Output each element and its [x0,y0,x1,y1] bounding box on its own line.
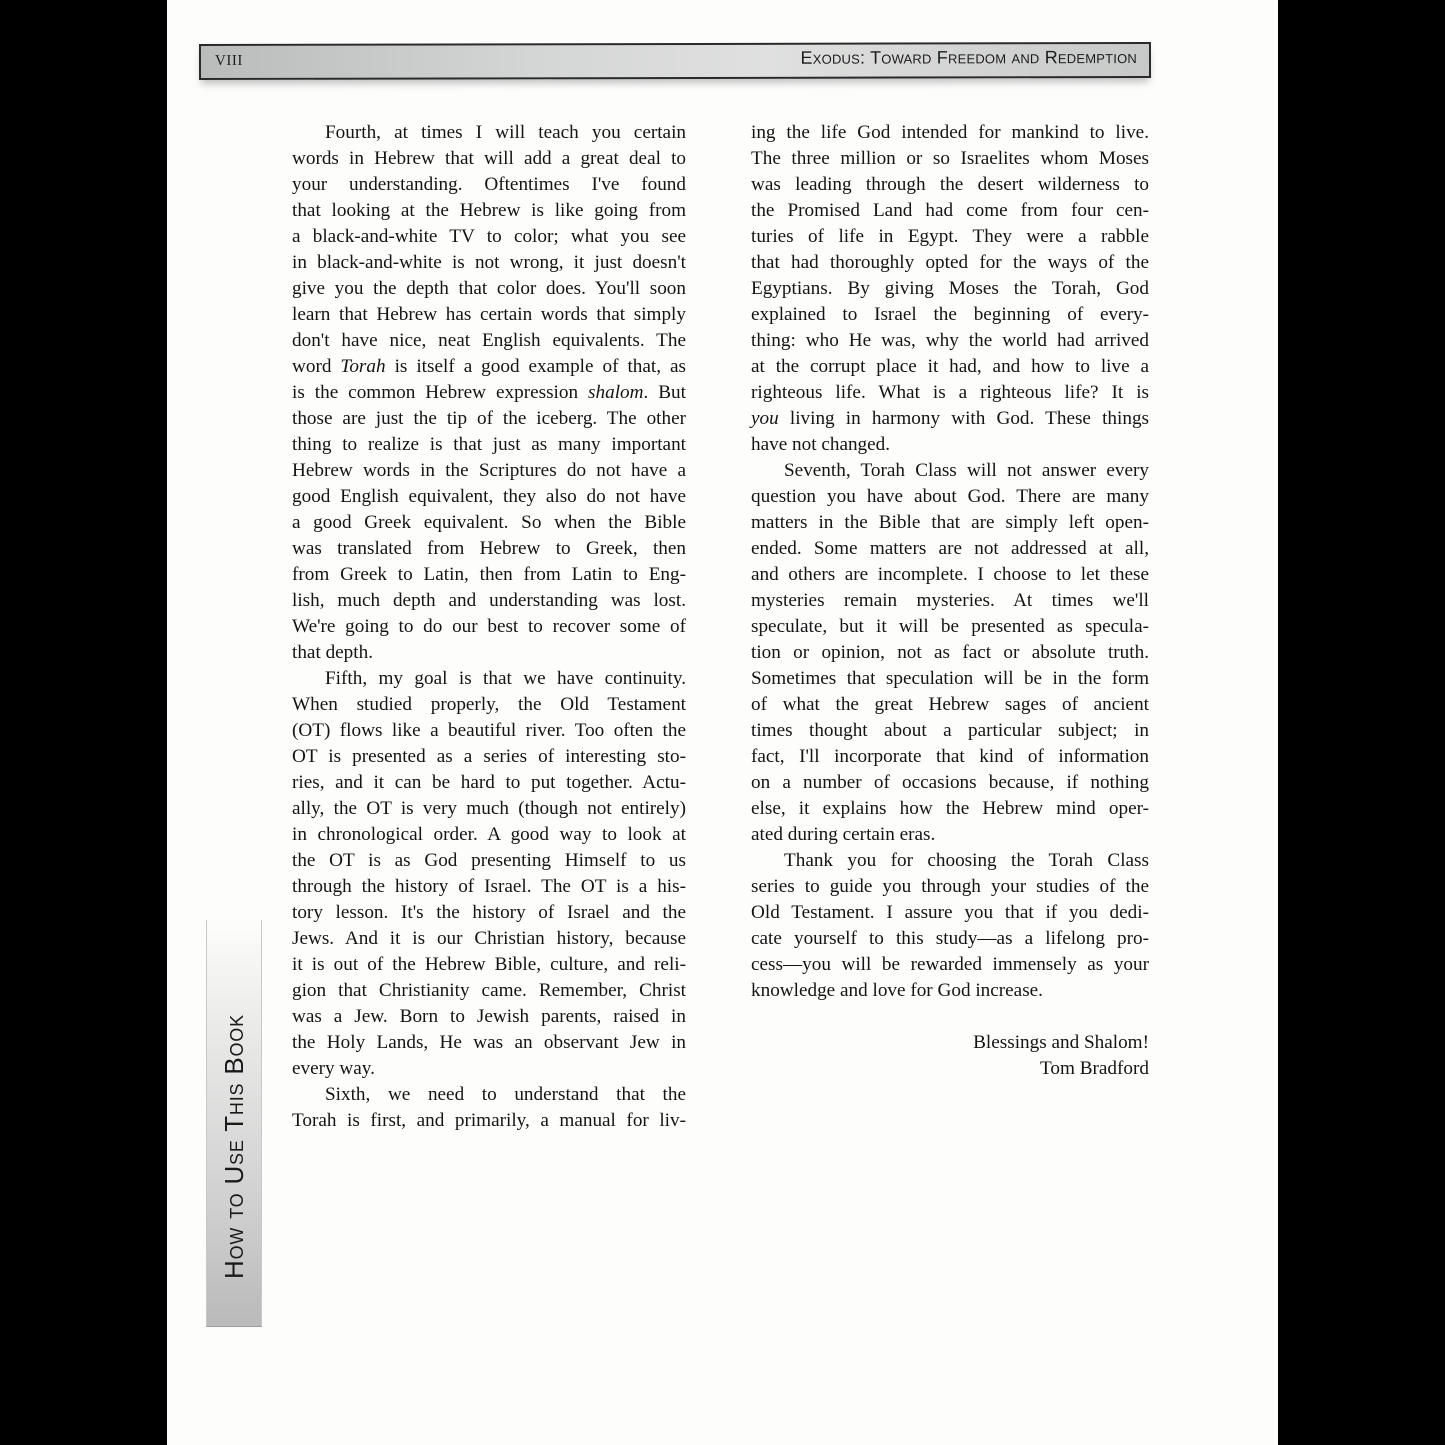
text-segment: . But [643,382,686,403]
text-line: your understanding. Oftentimes I've foun… [292,172,686,198]
text-line: thing to realize is that just as many im… [292,432,686,458]
text-line: mysteries remain mysteries. At times we'… [751,588,1149,614]
text-line: the Promised Land had come from four cen… [751,198,1149,224]
text-line: fact, I'll incorporate that kind of info… [751,744,1149,770]
text-line: Fourth, at times I will teach you certai… [292,120,686,146]
text-line: at the corrupt place it had, and how to … [751,354,1149,380]
text-line: gion that Christianity came. Remember, C… [292,978,686,1004]
text-line: don't have nice, neat English equivalent… [292,328,686,354]
text-line: the Holy Lands, He was an observant Jew … [292,1030,686,1056]
text-line: Jews. And it is our Christian history, b… [292,926,686,952]
text-segment: is the common Hebrew expression [292,382,588,403]
text-line: and others are incomplete. I choose to l… [751,562,1149,588]
text-line: every way. [292,1056,686,1082]
text-line: was translated from Hebrew to Greek, the… [292,536,686,562]
text-line: Egyptians. By giving Moses the Torah, Go… [751,276,1149,302]
text-line: Old Testament. I assure you that if you … [751,900,1149,926]
text-line: ries, and it can be hard to put together… [292,770,686,796]
text-line: cate yourself to this study—as a lifelon… [751,926,1149,952]
text-line: (OT) flows like a beautiful river. Too o… [292,718,686,744]
text-line: that looking at the Hebrew is like going… [292,198,686,224]
text-line: tory lesson. It's the history of Israel … [292,900,686,926]
book-page: VIII Exodus: Toward Freedom and Redempti… [167,0,1278,1445]
text-line: tion or opinion, not as fact or absolute… [751,640,1149,666]
text-line: a good Greek equivalent. So when the Bib… [292,510,686,536]
text-line: was a Jew. Born to Jewish parents, raise… [292,1004,686,1030]
text-segment: is itself a good example of that, as [386,356,686,377]
text-line: knowledge and love for God increase. [751,978,1149,1004]
section-side-tab: How to Use This Book [206,920,262,1327]
text-line: lish, much depth and understanding was l… [292,588,686,614]
text-line: on a number of occasions because, if not… [751,770,1149,796]
text-line: turies of life in Egypt. They were a rab… [751,224,1149,250]
text-line: in black-and-white is not wrong, it just… [292,250,686,276]
text-line: question you have about God. There are m… [751,484,1149,510]
text-segment: living in harmony with God. These things [779,408,1149,429]
page-number: VIII [215,53,243,70]
text-line: series to guide you through your studies… [751,874,1149,900]
text-line: was leading through the desert wildernes… [751,172,1149,198]
text-line: word Torah is itself a good example of t… [292,354,686,380]
text-line: words in Hebrew that will add a great de… [292,146,686,172]
section-tab-label: How to Use This Book [219,1014,250,1279]
text-line: ing the life God intended for mankind to… [751,120,1149,146]
text-line: through the history of Israel. The OT is… [292,874,686,900]
text-line: speculate, but it will be presented as s… [751,614,1149,640]
text-line: that had thoroughly opted for the ways o… [751,250,1149,276]
italic-term: Torah [340,356,385,377]
text-line: from Greek to Latin, then from Latin to … [292,562,686,588]
text-line: give you the depth that color does. You'… [292,276,686,302]
text-line: The three million or so Israelites whom … [751,146,1149,172]
running-header: VIII Exodus: Toward Freedom and Redempti… [199,42,1151,80]
text-line: ated during certain eras. [751,822,1149,848]
text-line: thing: who He was, why the world had arr… [751,328,1149,354]
text-line: Seventh, Torah Class will not answer eve… [751,458,1149,484]
text-line: those are just the tip of the iceberg. T… [292,406,686,432]
text-line: else, it explains how the Hebrew mind op… [751,796,1149,822]
text-line: have not changed. [751,432,1149,458]
text-line: ended. Some matters are not addressed at… [751,536,1149,562]
author-signature: Tom Bradford [751,1056,1149,1082]
text-line: We're going to do our best to recover so… [292,614,686,640]
text-line: is the common Hebrew expression shalom. … [292,380,686,406]
text-line: good English equivalent, they also do no… [292,484,686,510]
closing-salutation: Blessings and Shalom! [751,1030,1149,1056]
text-line: a black-and-white TV to color; what you … [292,224,686,250]
text-line: Thank you for choosing the Torah Class [751,848,1149,874]
right-text-column: ing the life God intended for mankind to… [751,120,1149,1082]
text-line: ally, the OT is very much (though not en… [292,796,686,822]
text-line: it is out of the Hebrew Bible, culture, … [292,952,686,978]
text-line: explained to Israel the beginning of eve… [751,302,1149,328]
text-line: cess—you will be rewarded immensely as y… [751,952,1149,978]
text-line: times thought about a particular subject… [751,718,1149,744]
running-title: Exodus: Toward Freedom and Redemption [801,47,1137,69]
left-text-column: Fourth, at times I will teach you certai… [292,120,686,1134]
text-line: you living in harmony with God. These th… [751,406,1149,432]
text-line: of what the great Hebrew sages of ancien… [751,692,1149,718]
text-line: in chronological order. A good way to lo… [292,822,686,848]
text-line: that depth. [292,640,686,666]
text-line: Fifth, my goal is that we have continuit… [292,666,686,692]
text-line: Sixth, we need to understand that the [292,1082,686,1108]
text-line: righteous life. What is a righteous life… [751,380,1149,406]
text-line: Hebrew words in the Scriptures do not ha… [292,458,686,484]
italic-term: shalom [588,382,643,403]
text-line: Torah is first, and primarily, a manual … [292,1108,686,1134]
text-line: learn that Hebrew has certain words that… [292,302,686,328]
text-line: matters in the Bible that are simply lef… [751,510,1149,536]
italic-term: you [751,408,779,429]
text-line: Sometimes that speculation will be in th… [751,666,1149,692]
text-line: When studied properly, the Old Testament [292,692,686,718]
text-segment: word [292,356,340,377]
text-line: the OT is as God presenting Himself to u… [292,848,686,874]
text-line: OT is presented as a series of interesti… [292,744,686,770]
